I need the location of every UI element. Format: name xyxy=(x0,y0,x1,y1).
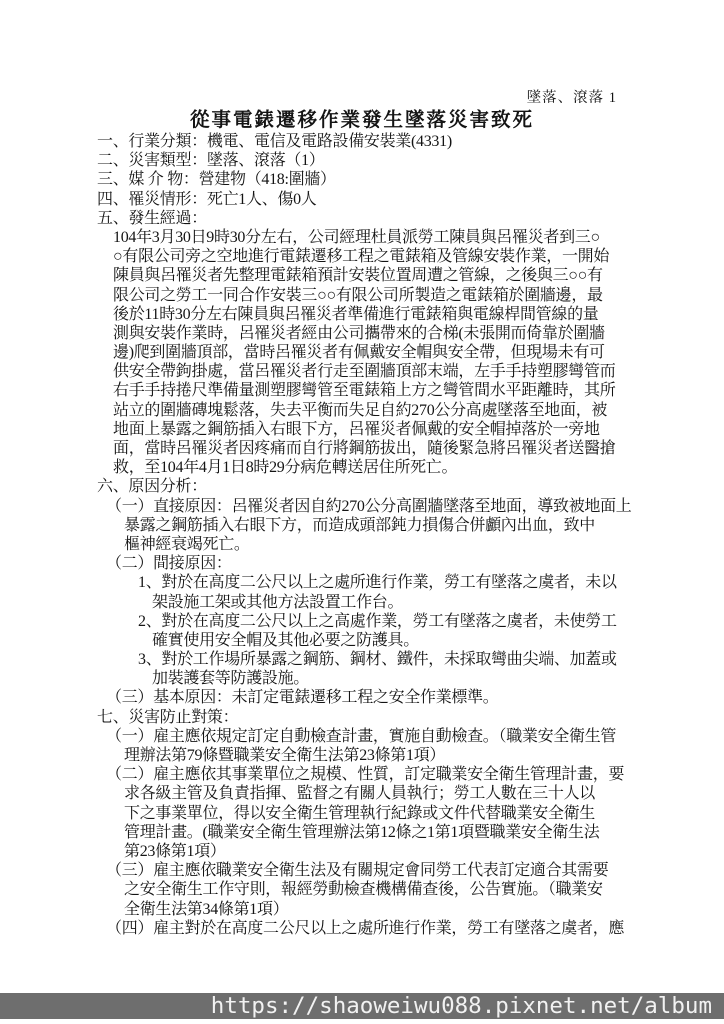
doc-line: 2、對於在高度二公尺以上之高處作業，勞工有墜落之虞者，未使勞工 xyxy=(138,612,684,631)
doc-line: 七、災害防止對策： xyxy=(97,708,684,727)
doc-line: 邊)爬到圍牆頂部，當時呂罹災者有佩戴安全帽與安全帶，但現場未有可 xyxy=(113,343,684,362)
doc-line: 104年3月30日9時30分左右，公司經理杜員派勞工陳員與呂罹災者到三○ xyxy=(113,228,684,247)
doc-line: 加裝護套等防護設施。 xyxy=(152,669,684,688)
doc-line: 管理計畫。(職業安全衛生管理辦法第12條之1第1項暨職業安全衛生法 xyxy=(124,823,684,842)
doc-line: 六、原因分析： xyxy=(97,477,684,496)
watermark-bar: https://shaoweiwu088.pixnet.net/album xyxy=(0,993,724,1019)
doc-line: （一）雇主應依規定訂定自動檢查計畫，實施自動檢查。（職業安全衛生管 xyxy=(106,727,684,746)
doc-line: 下之事業單位，得以安全衛生管理執行紀錄或文件代替職業安全衛生 xyxy=(124,804,684,823)
doc-line: 確實使用安全帽及其他必要之防護具。 xyxy=(152,631,684,650)
doc-line: 暴露之鋼筋插入右眼下方，而造成頭部鈍力損傷合併顱內出血，致中 xyxy=(124,516,684,535)
doc-line: 四、罹災情形：死亡1人、傷0人 xyxy=(97,190,684,209)
doc-line: （一）直接原因：呂罹災者因自約270公分高圍牆墜落至地面，導致被地面上 xyxy=(106,497,684,516)
doc-line: 全衛生法第34條第1項） xyxy=(124,900,684,919)
doc-line: 樞神經衰竭死亡。 xyxy=(124,535,684,554)
doc-line: 三、媒 介 物：營建物（418:圍牆） xyxy=(97,170,684,189)
report-body: 一、行業分類：機電、電信及電路設備安裝業(4331)二、災害類型：墜落、滾落（1… xyxy=(97,132,684,938)
doc-line: 陳員與呂罹災者先整理電錶箱預計安裝位置周遭之管線，之後與三○○有 xyxy=(113,266,684,285)
doc-line: （四）雇主對於在高度二公尺以上之處所進行作業，勞工有墜落之虞者，應 xyxy=(106,919,684,938)
doc-line: 二、災害類型：墜落、滾落（1） xyxy=(97,151,684,170)
doc-line: 第23條第1項） xyxy=(124,842,684,861)
doc-line: 測與安裝作業時，呂罹災者經由公司攜帶來的合梯(未張開而倚靠於圍牆 xyxy=(113,324,684,343)
doc-line: ○有限公司旁之空地進行電錶遷移工程之電錶箱及管線安裝作業，一開始 xyxy=(113,247,684,266)
doc-line: 3、對於工作場所暴露之鋼筋、鋼材、鐵件，未採取彎曲尖端、加蓋或 xyxy=(138,650,684,669)
doc-line: 右手手持捲尺準備量測塑膠彎管至電錶箱上方之彎管間水平距離時，其所 xyxy=(113,381,684,400)
doc-line: 地面上暴露之鋼筋插入右眼下方，呂罹災者佩戴的安全帽掉落於一旁地 xyxy=(113,420,684,439)
doc-line: 站立的圍牆磚塊鬆落，失去平衡而失足自約270公分高處墜落至地面，被 xyxy=(113,401,684,420)
doc-line: 1、對於在高度二公尺以上之處所進行作業，勞工有墜落之虞者，未以 xyxy=(138,573,684,592)
doc-line: 一、行業分類：機電、電信及電路設備安裝業(4331) xyxy=(97,132,684,151)
doc-line: 救，至104年4月1日8時29分病危轉送居住所死亡。 xyxy=(113,458,684,477)
doc-line: 求各級主管及負責指揮、監督之有關人員執行；勞工人數在三十人以 xyxy=(124,784,684,803)
doc-line: 架設施工架或其他方法設置工作台。 xyxy=(152,593,684,612)
doc-line: （二）雇主應依其事業單位之規模、性質，訂定職業安全衛生管理計畫，要 xyxy=(106,765,684,784)
doc-line: 後於11時30分左右陳員與呂罹災者準備進行電錶箱與電線桿間管線的量 xyxy=(113,305,684,324)
doc-line: （二）間接原因： xyxy=(106,554,684,573)
doc-line: 供安全帶鉤掛處，當呂罹災者行走至圍牆頂部末端，左手手持塑膠彎管而 xyxy=(113,362,684,381)
doc-line: 面，當時呂罹災者因疼痛而自行將鋼筋拔出，隨後緊急將呂罹災者送醫搶 xyxy=(113,439,684,458)
watermark-url: https://shaoweiwu088.pixnet.net/album xyxy=(211,993,712,1019)
doc-line: 限公司之勞工一同合作安裝三○○有限公司所製造之電錶箱於圍牆邊，最 xyxy=(113,286,684,305)
scanned-report-page: 墜落、滾落 1 從事電錶遷移作業發生墜落災害致死 一、行業分類：機電、電信及電路… xyxy=(0,0,724,1024)
doc-line: （三）雇主應依職業安全衛生法及有關規定會同勞工代表訂定適合其需要 xyxy=(106,861,684,880)
doc-line: （三）基本原因：未訂定電錶遷移工程之安全作業標準。 xyxy=(106,688,684,707)
doc-line: 理辦法第79條暨職業安全衛生法第23條第1項） xyxy=(124,746,684,765)
doc-line: 五、發生經過： xyxy=(97,209,684,228)
doc-line: 之安全衛生工作守則，報經勞動檢查機構備查後，公告實施。（職業安 xyxy=(124,880,684,899)
report-title: 從事電錶遷移作業發生墜落災害致死 xyxy=(0,104,724,132)
